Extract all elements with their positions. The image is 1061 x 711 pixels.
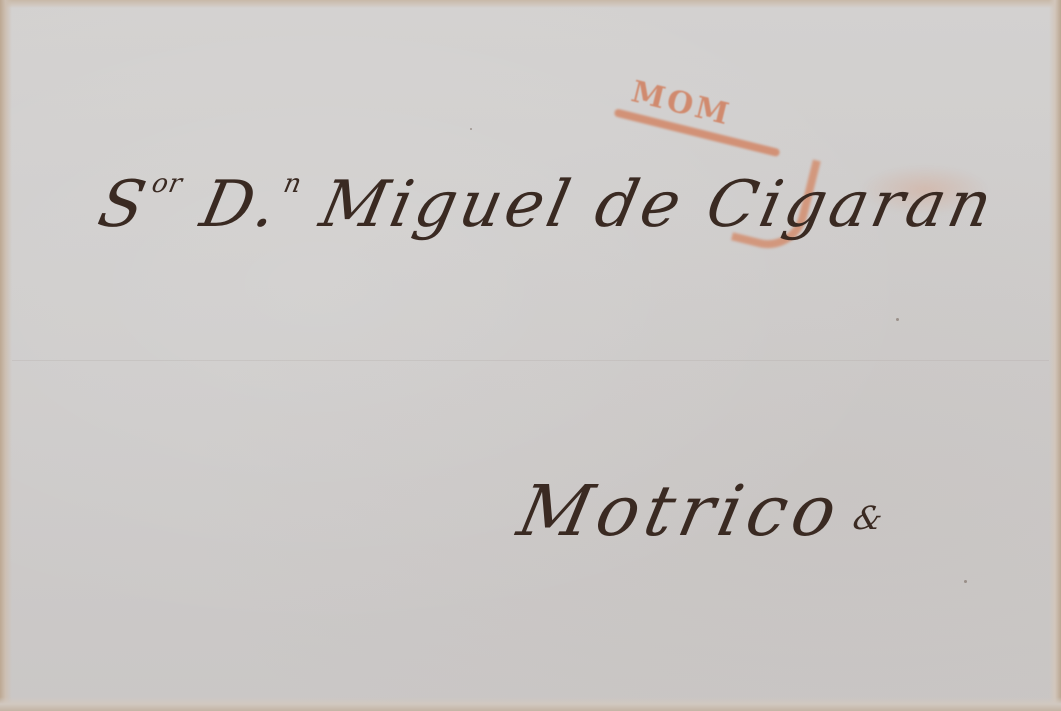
flourish-mark: & <box>850 499 893 537</box>
paper-edge-left <box>0 0 12 711</box>
paper-fold-line <box>12 360 1049 361</box>
paper-edge-top <box>0 0 1061 8</box>
honorific-initial: S <box>92 168 156 242</box>
paper-speck <box>964 580 967 583</box>
honorific-superscript: or <box>149 169 185 199</box>
letter-cover: MOM Sor D.n Miguel de Cigaran Motrico& <box>0 0 1061 711</box>
destination-town: Motrico <box>511 470 850 552</box>
paper-edge-bottom <box>0 697 1061 711</box>
paper-speck <box>896 318 899 321</box>
address-recipient-line: Sor D.n Miguel de Cigaran <box>92 168 1002 242</box>
paper-speck <box>470 128 472 130</box>
recipient-name: Miguel de Cigaran <box>314 168 1002 242</box>
title-abbrev: D. <box>194 168 287 242</box>
paper-edge-right <box>1049 0 1061 711</box>
address-place-line: Motrico& <box>511 470 898 552</box>
